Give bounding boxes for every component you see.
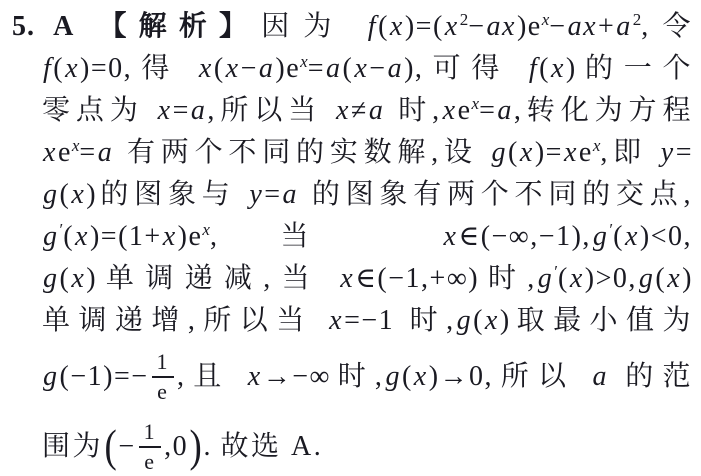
chinese-text-run: 有两个不同的实数解,设 bbox=[114, 137, 490, 168]
math-run: ∈(−1,+∞) bbox=[355, 263, 479, 294]
solution-line: 单调递增,所以当 x=−1 时,g(x)取最小值为 bbox=[42, 300, 693, 342]
math-run: − bbox=[468, 11, 485, 42]
math-variable: a bbox=[368, 95, 386, 126]
math-variable: g bbox=[42, 179, 60, 210]
math-run: (−1)=− bbox=[60, 361, 149, 392]
math-run: ) bbox=[500, 305, 511, 336]
math-variable: x bbox=[74, 221, 90, 252]
math-variable: x bbox=[42, 137, 58, 168]
chinese-text-run: 围为 bbox=[42, 431, 103, 462]
fraction-numerator: 1 bbox=[152, 351, 175, 378]
chinese-text-run: 的图象与 bbox=[97, 179, 248, 210]
math-variable: a bbox=[325, 53, 343, 84]
solution-line: g′(x)=(1+x)ex,当 x∈(−∞,−1),g′(x)<0, bbox=[42, 216, 693, 258]
solution-line: f(x)=0,得 x(x−a)ex=a(x−a),可得 f(x)的一个 bbox=[42, 48, 693, 90]
chinese-text-run: ,所以当 bbox=[207, 95, 335, 126]
math-variable: f bbox=[367, 11, 378, 42]
math-run: ( bbox=[473, 305, 484, 336]
chinese-text-run: 取最小值为 bbox=[511, 305, 693, 336]
math-run: )e bbox=[517, 11, 542, 42]
math-run: ( bbox=[508, 137, 519, 168]
math-run: ( bbox=[214, 53, 225, 84]
math-run: − bbox=[241, 53, 258, 84]
chinese-text-run: ,得 bbox=[124, 53, 198, 84]
chinese-text-run: 的范 bbox=[609, 361, 693, 392]
math-run: )→0 bbox=[429, 361, 485, 392]
math-variable: x bbox=[64, 53, 80, 84]
math-variable: ax bbox=[486, 11, 517, 42]
analysis-tag: 【解析】 bbox=[99, 10, 262, 41]
math-run: )= bbox=[535, 137, 563, 168]
math-run: =−1 bbox=[344, 305, 394, 336]
chinese-text-run: 单调递减,当 bbox=[97, 263, 339, 294]
math-run: ( bbox=[539, 53, 550, 84]
solution-line: g(x)的图象与 y=a 的图象有两个不同的交点, bbox=[42, 174, 693, 216]
problem-number-and-answer: 5. A bbox=[12, 11, 99, 42]
math-variable: x bbox=[389, 11, 405, 42]
math-variable: a bbox=[282, 179, 300, 210]
math-variable: g bbox=[456, 305, 474, 336]
math-variable: x bbox=[225, 53, 241, 84]
math-variable: f bbox=[528, 53, 539, 84]
math-run: )<0 bbox=[640, 221, 684, 252]
math-variable: x bbox=[335, 95, 351, 126]
math-variable: g bbox=[384, 361, 402, 392]
chinese-text-run: ,当 bbox=[210, 221, 443, 252]
math-variable: y bbox=[248, 179, 264, 210]
math-variable: x bbox=[198, 53, 214, 84]
math-variable: g bbox=[42, 263, 60, 294]
math-variable: x bbox=[442, 95, 458, 126]
math-run: = bbox=[79, 137, 96, 168]
chinese-text-run: 单调递增,所以当 bbox=[42, 305, 328, 336]
solution-line: g(x)单调递减,当 x∈(−1,+∞)时,g′(x)>0,g(x) bbox=[42, 258, 693, 300]
math-run: )=( bbox=[405, 11, 444, 42]
math-variable: g bbox=[638, 263, 656, 294]
chinese-text-run: , bbox=[684, 221, 694, 252]
math-variable: a bbox=[591, 361, 609, 392]
math-run: ( bbox=[60, 263, 71, 294]
math-variable: x bbox=[443, 221, 459, 252]
math-run: ( bbox=[402, 361, 413, 392]
math-run: + bbox=[598, 11, 615, 42]
math-run: e bbox=[579, 137, 593, 168]
fraction-denominator: e bbox=[139, 448, 160, 473]
math-variable: a bbox=[615, 11, 633, 42]
chinese-text-run: ,即 bbox=[600, 137, 659, 168]
math-variable: x bbox=[70, 263, 86, 294]
math-run: )>0 bbox=[585, 263, 629, 294]
math-run: ) bbox=[566, 53, 577, 84]
math-run: ) bbox=[682, 263, 693, 294]
math-run: →−∞ bbox=[263, 361, 331, 392]
fraction-denominator: e bbox=[152, 378, 173, 403]
chinese-text-run: , bbox=[628, 263, 638, 294]
math-variable: x bbox=[247, 361, 263, 392]
math-variable: g bbox=[537, 263, 555, 294]
chinese-text-run: 因为 bbox=[261, 11, 367, 42]
math-run: e bbox=[458, 95, 472, 126]
fraction: 1e bbox=[139, 421, 162, 473]
math-run: − bbox=[369, 53, 386, 84]
math-run: ( bbox=[655, 263, 666, 294]
math-run: = bbox=[479, 95, 496, 126]
math-run: = bbox=[676, 137, 693, 168]
math-run: . bbox=[203, 431, 220, 462]
math-run: ( bbox=[343, 53, 354, 84]
chinese-text-run: , bbox=[582, 221, 592, 252]
math-variable: x bbox=[484, 305, 500, 336]
math-run: )e bbox=[275, 53, 300, 84]
math-run: − bbox=[118, 431, 135, 462]
math-variable: ax bbox=[567, 11, 598, 42]
chinese-text-run: 时, bbox=[331, 361, 384, 392]
chinese-text-run: 时, bbox=[394, 305, 455, 336]
chinese-text-run: ,可得 bbox=[415, 53, 528, 84]
math-variable: a bbox=[496, 95, 514, 126]
math-variable: y bbox=[660, 137, 676, 168]
math-run: ≠ bbox=[351, 95, 368, 126]
math-variable: x bbox=[563, 137, 579, 168]
math-variable: g bbox=[42, 221, 60, 252]
math-variable: a bbox=[97, 137, 115, 168]
math-variable: x bbox=[624, 221, 640, 252]
math-variable: x bbox=[162, 221, 178, 252]
math-variable: x bbox=[328, 305, 344, 336]
math-variable: x bbox=[550, 53, 566, 84]
math-run: )e bbox=[178, 221, 203, 252]
math-variable: x bbox=[666, 263, 682, 294]
math-run: = bbox=[173, 95, 190, 126]
math-variable: g bbox=[592, 221, 610, 252]
math-variable: a bbox=[190, 95, 208, 126]
chinese-text-run: ,令 bbox=[641, 11, 693, 42]
math-variable: x bbox=[444, 11, 460, 42]
math-run: ,0 bbox=[164, 431, 188, 462]
math-run: ( bbox=[53, 53, 64, 84]
math-run: ( bbox=[378, 11, 389, 42]
math-run: ) bbox=[86, 263, 97, 294]
solution-line: 零点为 x=a,所以当 x≠a 时,xex=a,转化为方程 bbox=[42, 90, 693, 132]
math-run: ∈(−∞,−1) bbox=[458, 221, 582, 252]
math-variable: g bbox=[42, 361, 60, 392]
chinese-text-run: ,转化为方程 bbox=[514, 95, 693, 126]
math-variable: x bbox=[353, 53, 369, 84]
math-run: ) bbox=[404, 53, 415, 84]
math-run: ( bbox=[613, 221, 624, 252]
solution-body: 5. A 【解析】因为 f(x)=(x2−ax)ex−ax+a2,令f(x)=0… bbox=[42, 5, 693, 476]
math-run: e bbox=[58, 137, 72, 168]
math-variable: x bbox=[339, 263, 355, 294]
math-variable: g bbox=[491, 137, 509, 168]
chinese-text-run: 零点为 bbox=[42, 95, 157, 126]
chinese-text-run: ,所以 bbox=[485, 361, 592, 392]
fraction-numerator: 1 bbox=[139, 421, 162, 448]
math-run: ) bbox=[86, 179, 97, 210]
math-run: )=(1+ bbox=[90, 221, 162, 252]
solution-page: 5. A 【解析】因为 f(x)=(x2−ax)ex−ax+a2,令f(x)=0… bbox=[0, 0, 701, 476]
solution-line: 5. A 【解析】因为 f(x)=(x2−ax)ex−ax+a2,令 bbox=[12, 5, 693, 48]
solution-line: xex=a 有两个不同的实数解,设 g(x)=xex,即 y= bbox=[42, 132, 693, 174]
math-variable: a bbox=[258, 53, 276, 84]
math-run: ( bbox=[60, 179, 71, 210]
math-variable: x bbox=[157, 95, 173, 126]
chinese-text-run: 的一个 bbox=[577, 53, 693, 84]
math-run: )=0 bbox=[80, 53, 124, 84]
math-variable: x bbox=[70, 179, 86, 210]
solution-line: g(−1)=−1e,且 x→−∞时,g(x)→0,所以 a 的范 bbox=[42, 342, 693, 412]
chinese-text-run: ,且 bbox=[177, 361, 247, 392]
chinese-text-run: 时, bbox=[479, 263, 537, 294]
solution-line: 围为(−1e,0). 故选 A. bbox=[42, 412, 693, 476]
math-run: = bbox=[264, 179, 281, 210]
math-variable: x bbox=[519, 137, 535, 168]
math-variable: f bbox=[42, 53, 53, 84]
fraction: 1e bbox=[152, 351, 175, 403]
math-variable: x bbox=[569, 263, 585, 294]
math-variable: a bbox=[387, 53, 405, 84]
chinese-text-run: 时, bbox=[385, 95, 441, 126]
math-run: − bbox=[549, 11, 566, 42]
math-run: = bbox=[308, 53, 325, 84]
chinese-text-run: 的图象有两个不同的交点, bbox=[299, 179, 693, 210]
math-variable: x bbox=[413, 361, 429, 392]
math-run: ( bbox=[63, 221, 74, 252]
chinese-text-run: 故选 A. bbox=[220, 431, 323, 462]
math-run: ( bbox=[558, 263, 569, 294]
